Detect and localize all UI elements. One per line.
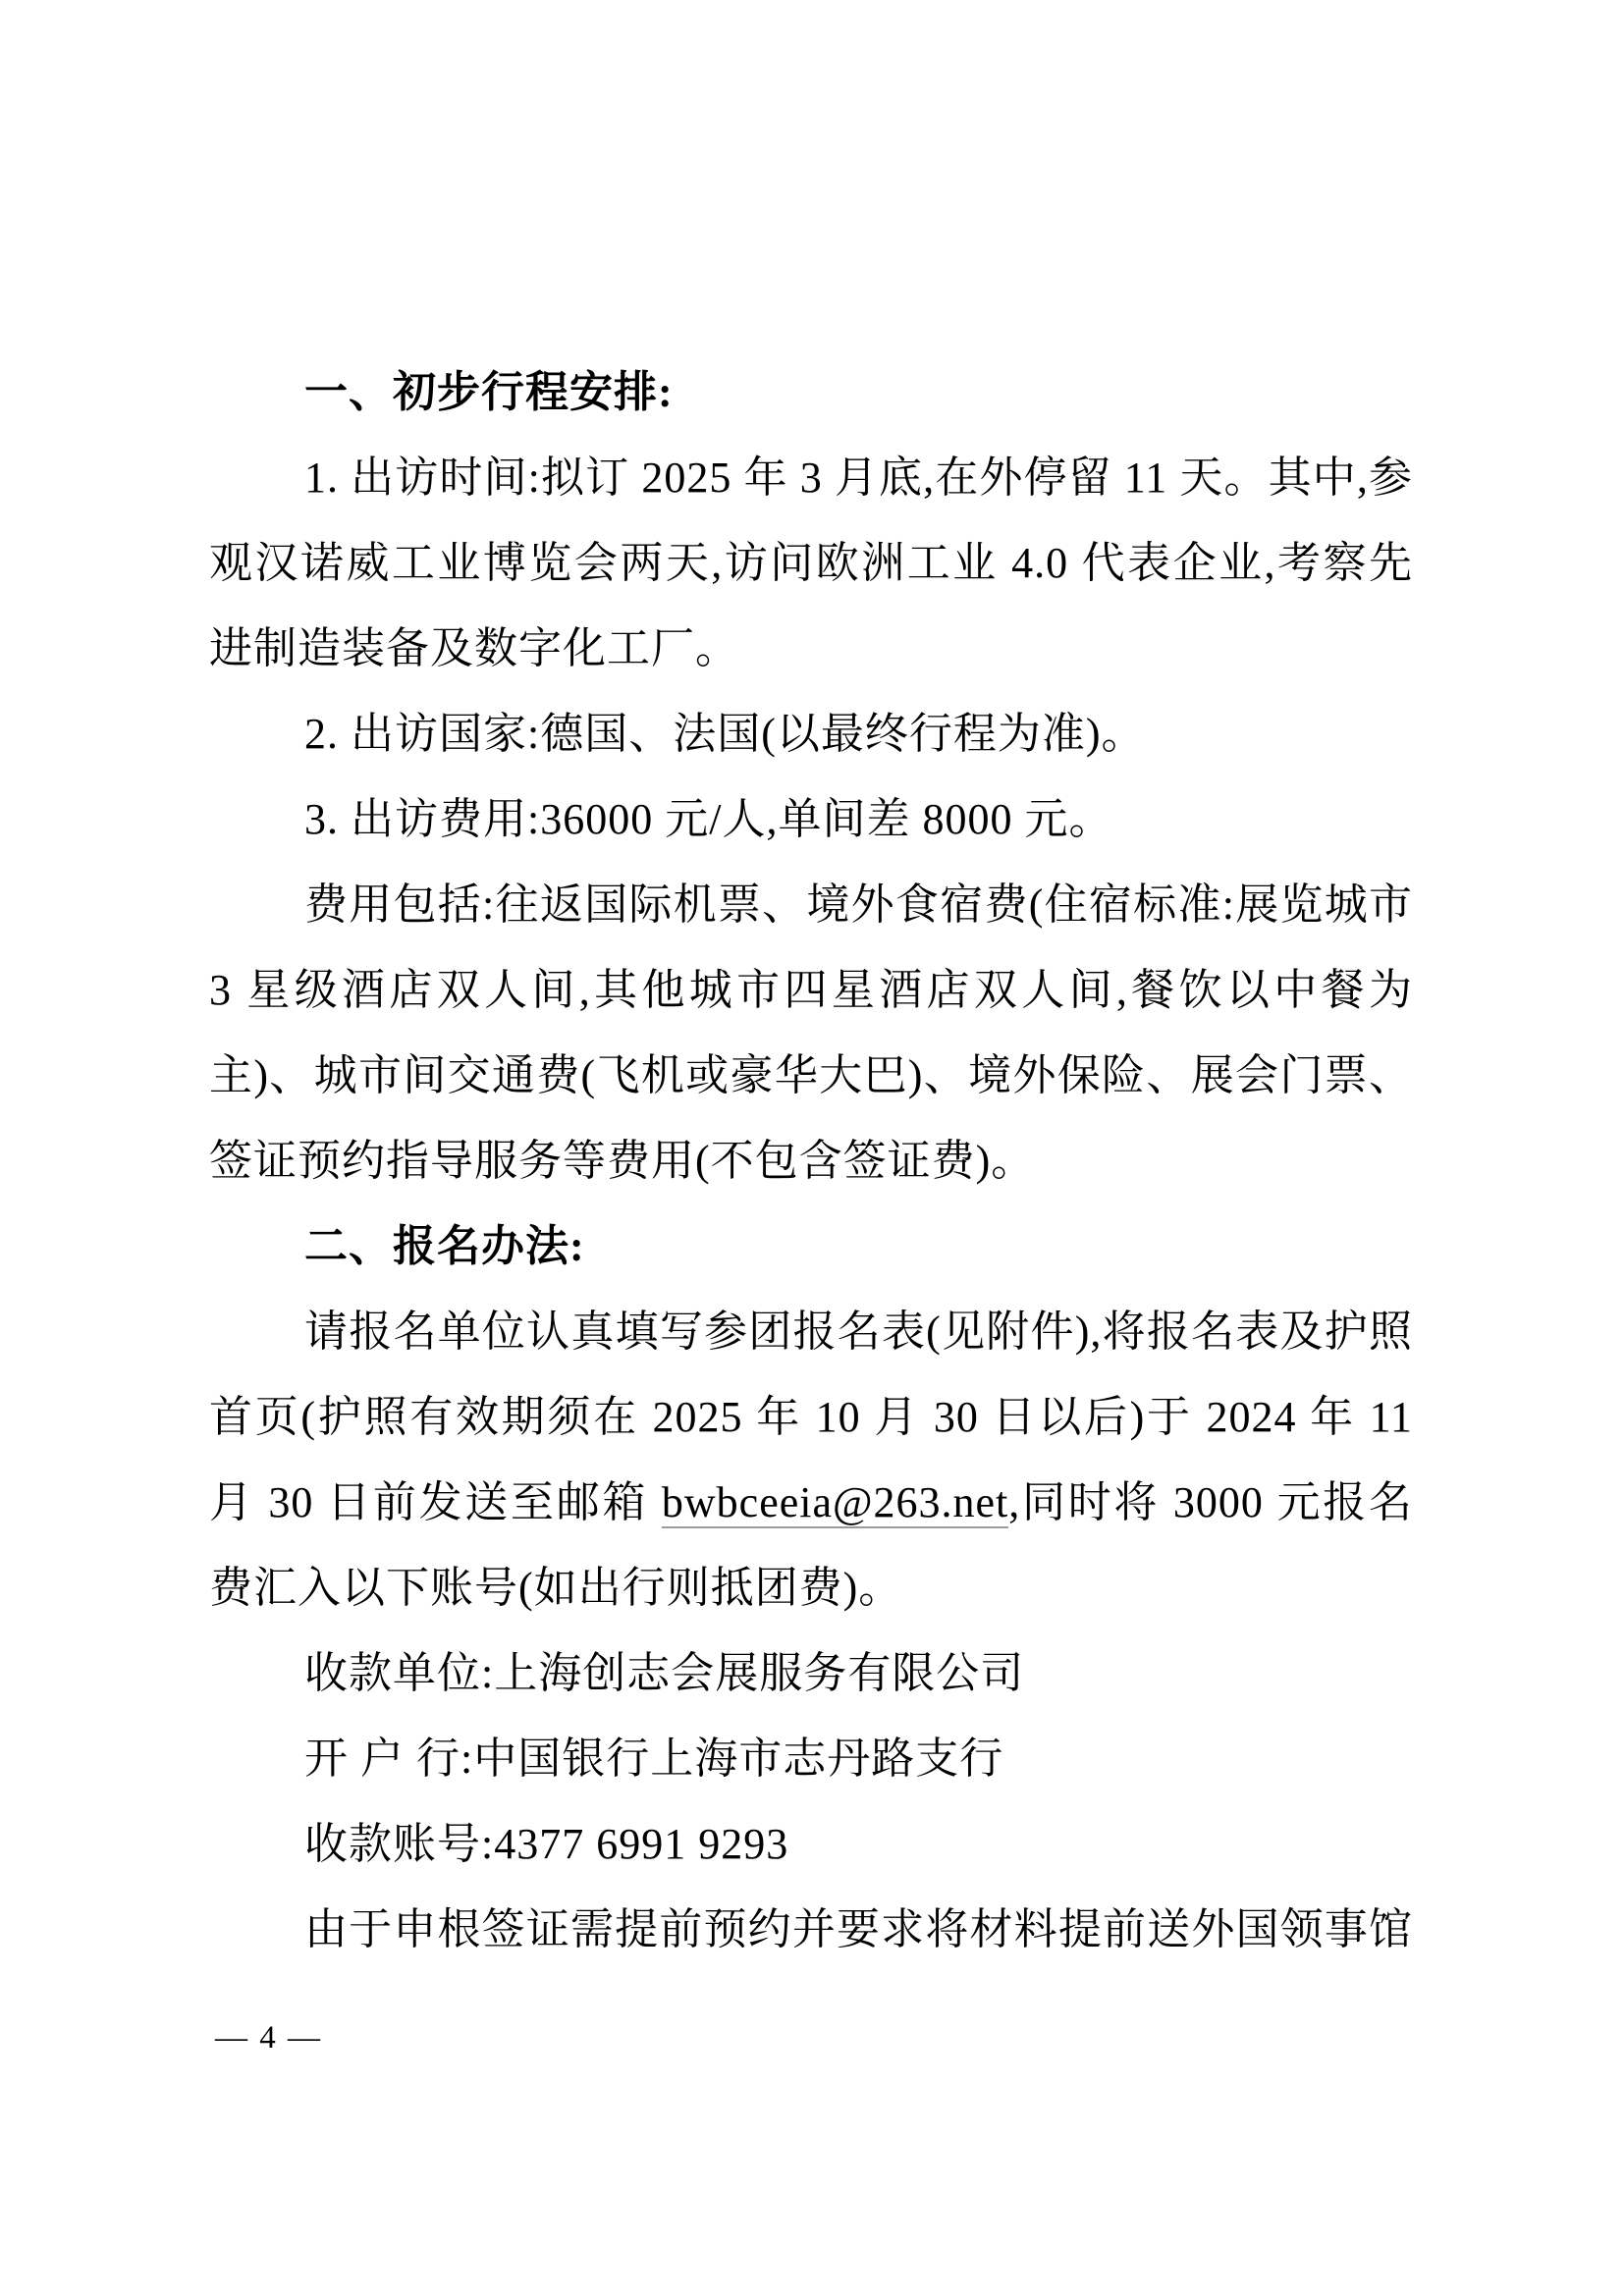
section-heading-itinerary: 一、初步行程安排: <box>209 349 1413 435</box>
paragraph-registration: 请报名单位认真填写参团报名表(见附件),将报名表及护照首页(护照有效期须在 20… <box>209 1289 1413 1630</box>
paragraph-bank-branch: 开 户 行:中国银行上海市志丹路支行 <box>209 1716 1413 1801</box>
document-body: 一、初步行程安排: 1. 出访时间:拟订 2025 年 3 月底,在外停留 11… <box>209 349 1413 1972</box>
paragraph-visa-note: 由于申根签证需提前预约并要求将材料提前送外国领事馆 <box>209 1887 1413 1972</box>
section-heading-registration: 二、报名办法: <box>209 1203 1413 1289</box>
paragraph-trip-cost: 3. 出访费用:36000 元/人,单间差 8000 元。 <box>209 776 1413 862</box>
paragraph-payee-name: 收款单位:上海创志会展服务有限公司 <box>209 1630 1413 1716</box>
page-number: — 4 — <box>215 2018 322 2057</box>
paragraph-trip-countries: 2. 出访国家:德国、法国(以最终行程为准)。 <box>209 691 1413 776</box>
paragraph-trip-time: 1. 出访时间:拟订 2025 年 3 月底,在外停留 11 天。其中,参观汉诺… <box>209 435 1413 691</box>
paragraph-account-number: 收款账号:4377 6991 9293 <box>209 1801 1413 1887</box>
paragraph-cost-includes: 费用包括:往返国际机票、境外食宿费(住宿标准:展览城市 3 星级酒店双人间,其他… <box>209 862 1413 1203</box>
document-page: 一、初步行程安排: 1. 出访时间:拟订 2025 年 3 月底,在外停留 11… <box>0 0 1624 2296</box>
email-link[interactable]: bwbceeia@263.net <box>662 1478 1008 1528</box>
